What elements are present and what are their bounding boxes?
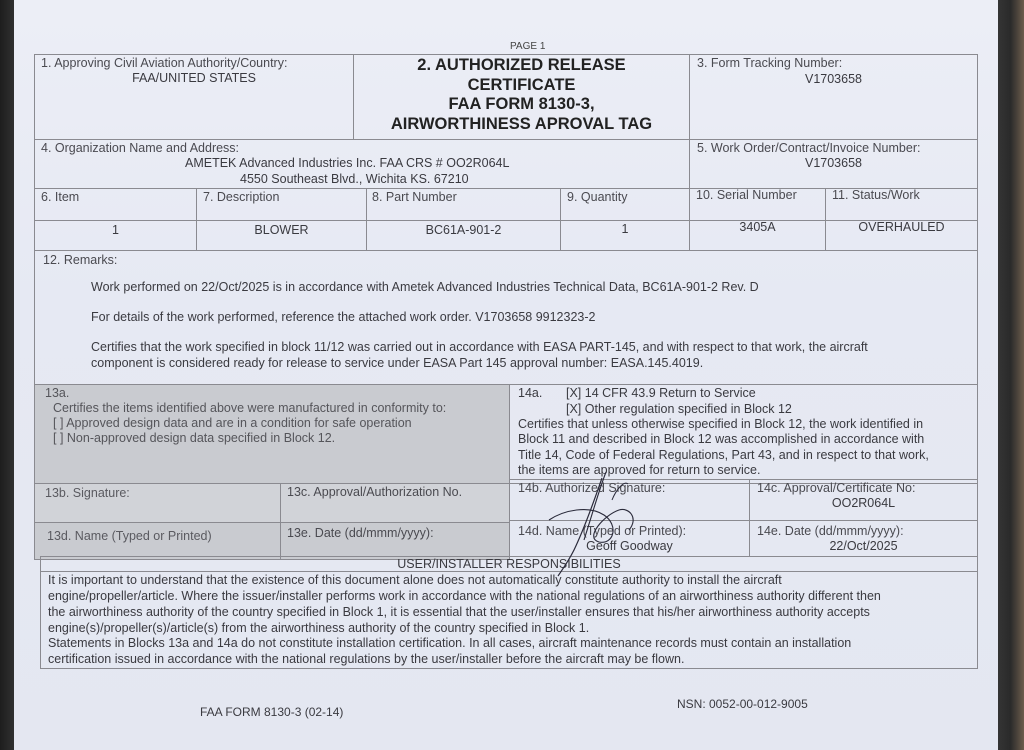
cell-part-number: BC61A-901-2 [366, 220, 561, 251]
checkbox-text: 14 CFR 43.9 Return to Service [585, 386, 756, 400]
block-12-remarks: 12. Remarks: Work performed on 22/Oct/20… [34, 250, 978, 385]
checkbox-other-regulation[interactable]: [X] Other regulation specified in Block … [566, 402, 792, 417]
responsibility-line: the airworthiness authority of the count… [48, 605, 870, 620]
cell-description: BLOWER [196, 220, 367, 251]
block-14e-date: 14e. Date (dd/mmm/yyyy): 22/Oct/2025 [749, 520, 978, 557]
cell-value: BLOWER [197, 223, 366, 237]
block-5-work-order: 5. Work Order/Contract/Invoice Number: V… [689, 139, 978, 189]
checkbox-mark: [ ] [53, 431, 63, 445]
block-13c-approval-no: 13c. Approval/Authorization No. [280, 483, 510, 523]
cell-item: 1 [34, 220, 197, 251]
header-status-work: 11. Status/Work [825, 188, 978, 221]
checkbox-mark: [X] [566, 386, 581, 400]
nsn-number: NSN: 0052-00-012-9005 [677, 697, 808, 711]
header-quantity: 9. Quantity [560, 188, 690, 221]
block-13a-label: 13a. [45, 386, 69, 400]
checkbox-text: Approved design data and are in a condit… [66, 416, 411, 430]
responsibility-line: certification issued in accordance with … [48, 652, 684, 667]
certification-line: Block 11 and described in Block 12 was a… [518, 432, 924, 447]
form-8130-3-document: PAGE 1 1. Approving Civil Aviation Autho… [14, 0, 998, 750]
block-13b-label: 13b. Signature: [45, 486, 130, 500]
block-14c-label: 14c. Approval/Certificate No: [757, 481, 915, 495]
form-title: 2. AUTHORIZED RELEASE CERTIFICATE FAA FO… [354, 56, 689, 134]
cell-value: 1 [35, 223, 196, 237]
block-14a-return-to-service: 14a. [X] 14 CFR 43.9 Return to Service [… [509, 384, 978, 484]
page-label: PAGE 1 [510, 41, 545, 52]
header-label: 11. Status/Work [832, 188, 920, 202]
block-3-tracking: 3. Form Tracking Number: V1703658 [689, 54, 978, 140]
block-13d-label: 13d. Name (Typed or Printed) [47, 529, 212, 543]
block-13a-conformity: 13a. Certifies the items identified abov… [34, 384, 510, 484]
block-14e-label: 14e. Date (dd/mmm/yyyy): [757, 524, 904, 538]
responsibility-line: Statements in Blocks 13a and 14a do not … [48, 636, 851, 651]
block-13a-intro: Certifies the items identified above wer… [53, 401, 446, 416]
remark-line: Certifies that the work specified in blo… [91, 340, 868, 355]
release-date: 22/Oct/2025 [750, 539, 977, 553]
block-13b-signature: 13b. Signature: [34, 483, 281, 523]
organization-address: 4550 Southeast Blvd., Wichita KS. 67210 [240, 172, 469, 186]
responsibility-line: engine(s)/propeller(s)/article(s) from t… [48, 621, 589, 636]
checkbox-text: Other regulation specified in Block 12 [585, 402, 792, 416]
responsibilities-heading: USER/INSTALLER RESPONSIBILITIES [41, 557, 977, 571]
tracking-number: V1703658 [690, 72, 977, 86]
cell-value: OVERHAULED [826, 220, 977, 234]
header-item: 6. Item [34, 188, 197, 221]
header-label: 9. Quantity [567, 190, 627, 204]
title-line: FAA FORM 8130-3, [354, 95, 689, 115]
checkbox-non-approved-design[interactable]: [ ] Non-approved design data specified i… [53, 431, 335, 446]
header-description: 7. Description [196, 188, 367, 221]
header-label: 6. Item [41, 190, 79, 204]
title-line: 2. AUTHORIZED RELEASE [354, 56, 689, 76]
responsibilities-text-box: It is important to understand that the e… [40, 571, 978, 669]
header-serial-number: 10. Serial Number [689, 188, 826, 221]
work-order-number: V1703658 [690, 156, 977, 170]
block-14a-label: 14a. [518, 386, 542, 401]
header-label: 7. Description [203, 190, 279, 204]
block-1-value: FAA/UNITED STATES [35, 71, 353, 85]
certificate-number: OO2R064L [750, 496, 977, 510]
checkbox-14cfr-43-9[interactable]: [X] 14 CFR 43.9 Return to Service [566, 386, 756, 401]
block-4-organization: 4. Organization Name and Address: AMETEK… [34, 139, 690, 189]
block-13d-name: 13d. Name (Typed or Printed) [34, 522, 281, 560]
block-4-label: 4. Organization Name and Address: [41, 141, 239, 155]
block-1-authority: 1. Approving Civil Aviation Authority/Co… [34, 54, 354, 140]
checkbox-mark: [X] [566, 402, 581, 416]
remark-line: For details of the work performed, refer… [91, 310, 595, 325]
block-13e-label: 13e. Date (dd/mmm/yyyy): [287, 526, 434, 540]
checkbox-approved-design[interactable]: [ ] Approved design data and are in a co… [53, 416, 412, 431]
block-13c-label: 13c. Approval/Authorization No. [287, 485, 462, 499]
handwritten-signature-icon [544, 470, 704, 580]
header-label: 8. Part Number [372, 190, 457, 204]
cell-value: 1 [561, 222, 689, 236]
form-id: FAA FORM 8130-3 (02-14) [200, 705, 343, 719]
checkbox-text: Non-approved design data specified in Bl… [67, 431, 335, 445]
header-part-number: 8. Part Number [366, 188, 561, 221]
block-1-label: 1. Approving Civil Aviation Authority/Co… [41, 56, 287, 70]
cell-status-work: OVERHAULED [825, 220, 978, 251]
cell-value: 3405A [690, 220, 825, 234]
header-label: 10. Serial Number [696, 188, 797, 202]
checkbox-mark: [ ] [53, 416, 63, 430]
responsibilities-heading-box: USER/INSTALLER RESPONSIBILITIES [40, 556, 978, 572]
organization-name: AMETEK Advanced Industries Inc. FAA CRS … [185, 156, 509, 170]
remark-line: component is considered ready for releas… [91, 356, 703, 371]
block-2-title: 2. AUTHORIZED RELEASE CERTIFICATE FAA FO… [353, 54, 690, 140]
responsibility-line: engine/propeller/article. Where the issu… [48, 589, 881, 604]
block-14c-certificate-no: 14c. Approval/Certificate No: OO2R064L [749, 479, 978, 521]
title-line: CERTIFICATE [354, 76, 689, 96]
cell-serial-number: 3405A [689, 220, 826, 251]
block-13e-date: 13e. Date (dd/mmm/yyyy): [280, 522, 510, 560]
title-line: AIRWORTHINESS APROVAL TAG [354, 115, 689, 135]
block-5-label: 5. Work Order/Contract/Invoice Number: [697, 141, 920, 155]
certification-line: Title 14, Code of Federal Regulations, P… [518, 448, 929, 463]
remark-line: Work performed on 22/Oct/2025 is in acco… [91, 280, 759, 295]
block-3-label: 3. Form Tracking Number: [697, 56, 842, 70]
certification-line: Certifies that unless otherwise specifie… [518, 417, 923, 432]
cell-value: BC61A-901-2 [367, 223, 560, 237]
cell-quantity: 1 [560, 220, 690, 251]
block-12-label: 12. Remarks: [43, 253, 117, 267]
